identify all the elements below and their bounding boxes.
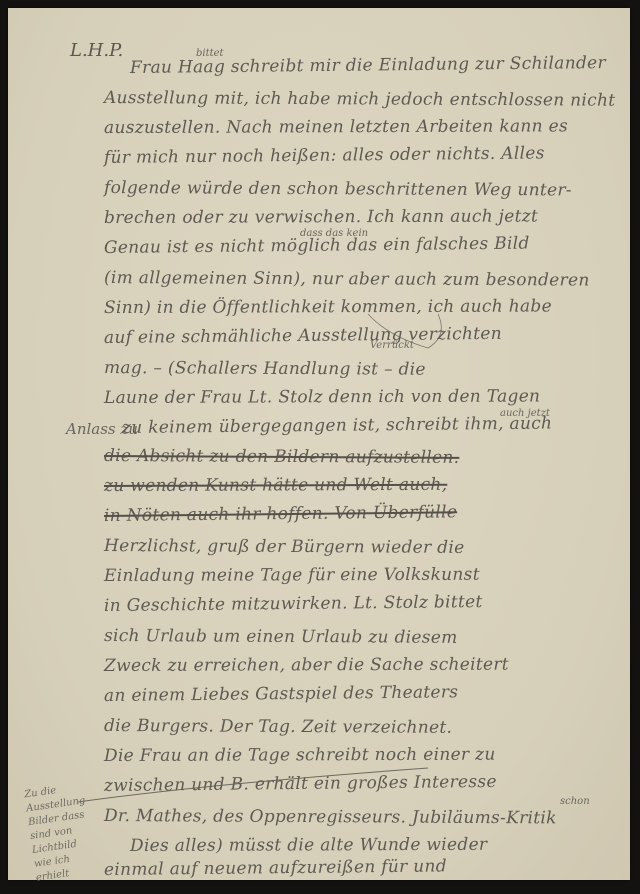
manuscript-line: zu wenden Kunst hätte und Welt auch,: [104, 475, 447, 496]
interlinear-insertion: auch jetzt: [500, 408, 550, 419]
manuscript-line: Sinn) in die Öffentlichkeit kommen, ich …: [104, 296, 552, 318]
manuscript-line: Dr. Mathes, des Oppenregisseurs. Jubiläu…: [104, 806, 557, 828]
manuscript-page: L.H.P. Anlass zu Zu die Ausstellung Bild…: [8, 8, 630, 880]
manuscript-line: Einladung meine Tage für eine Volkskunst: [104, 565, 480, 586]
manuscript-line: Herzlichst, gruß der Bürgern wieder die: [104, 536, 465, 558]
manuscript-line: für mich nur noch heißen: alles oder nic…: [104, 143, 545, 168]
manuscript-line: an einem Liebes Gastspiel des Theaters: [104, 682, 458, 706]
manuscript-line: zwischen und B. erhält ein großes Intere…: [104, 772, 497, 796]
manuscript-line: brechen oder zu verwischen. Ich kann auc…: [104, 206, 538, 228]
manuscript-line: die Absicht zu den Bildern aufzustellen.: [104, 446, 459, 468]
manuscript-line: mag. – (Schallers Handlung ist – die: [104, 358, 426, 380]
interlinear-insertion: schon: [560, 796, 590, 807]
manuscript-line: auszustellen. Nach meinen letzten Arbeit…: [104, 116, 568, 138]
interlinear-insertion: dass das kein: [300, 228, 368, 239]
manuscript-line: die Burgers. Der Tag. Zeit verzeichnet.: [104, 716, 452, 738]
manuscript-line: (im allgemeinen Sinn), nur aber auch zum…: [104, 268, 590, 291]
manuscript-line: Dies alles) müsst die alte Wunde wieder: [130, 835, 487, 856]
margin-note-bottom-left: Zu die Ausstellung Bilder dass sind von …: [23, 780, 96, 885]
manuscript-line: sich Urlaub um einen Urlaub zu diesem: [104, 626, 458, 648]
manuscript-line: auf eine schmähliche Ausstellung verzich…: [104, 324, 502, 348]
manuscript-line: Zweck zu erreichen, aber die Sache schei…: [104, 655, 509, 676]
manuscript-line: einmal auf neuem aufzureißen für und: [104, 856, 447, 880]
manuscript-line: in Nöten auch ihr hoffen. Von Überfülle: [104, 502, 457, 526]
manuscript-line: folgende würde den schon beschrittenen W…: [104, 178, 572, 200]
manuscript-line: Ausstellung mit, ich habe mich jedoch en…: [104, 88, 615, 111]
manuscript-line: Die Frau an die Tage schreibt noch einer…: [104, 745, 496, 766]
manuscript-line: in Geschichte mitzuwirken. Lt. Stolz bit…: [104, 592, 483, 616]
manuscript-line: zu keinem übergegangen ist, schreibt ihm…: [122, 413, 552, 438]
manuscript-line: Laune der Frau Lt. Stolz denn ich von de…: [104, 386, 540, 408]
header-initials: L.H.P.: [70, 40, 123, 61]
interlinear-insertion: bittet: [196, 48, 224, 59]
interlinear-insertion: Verrückt: [370, 340, 414, 351]
